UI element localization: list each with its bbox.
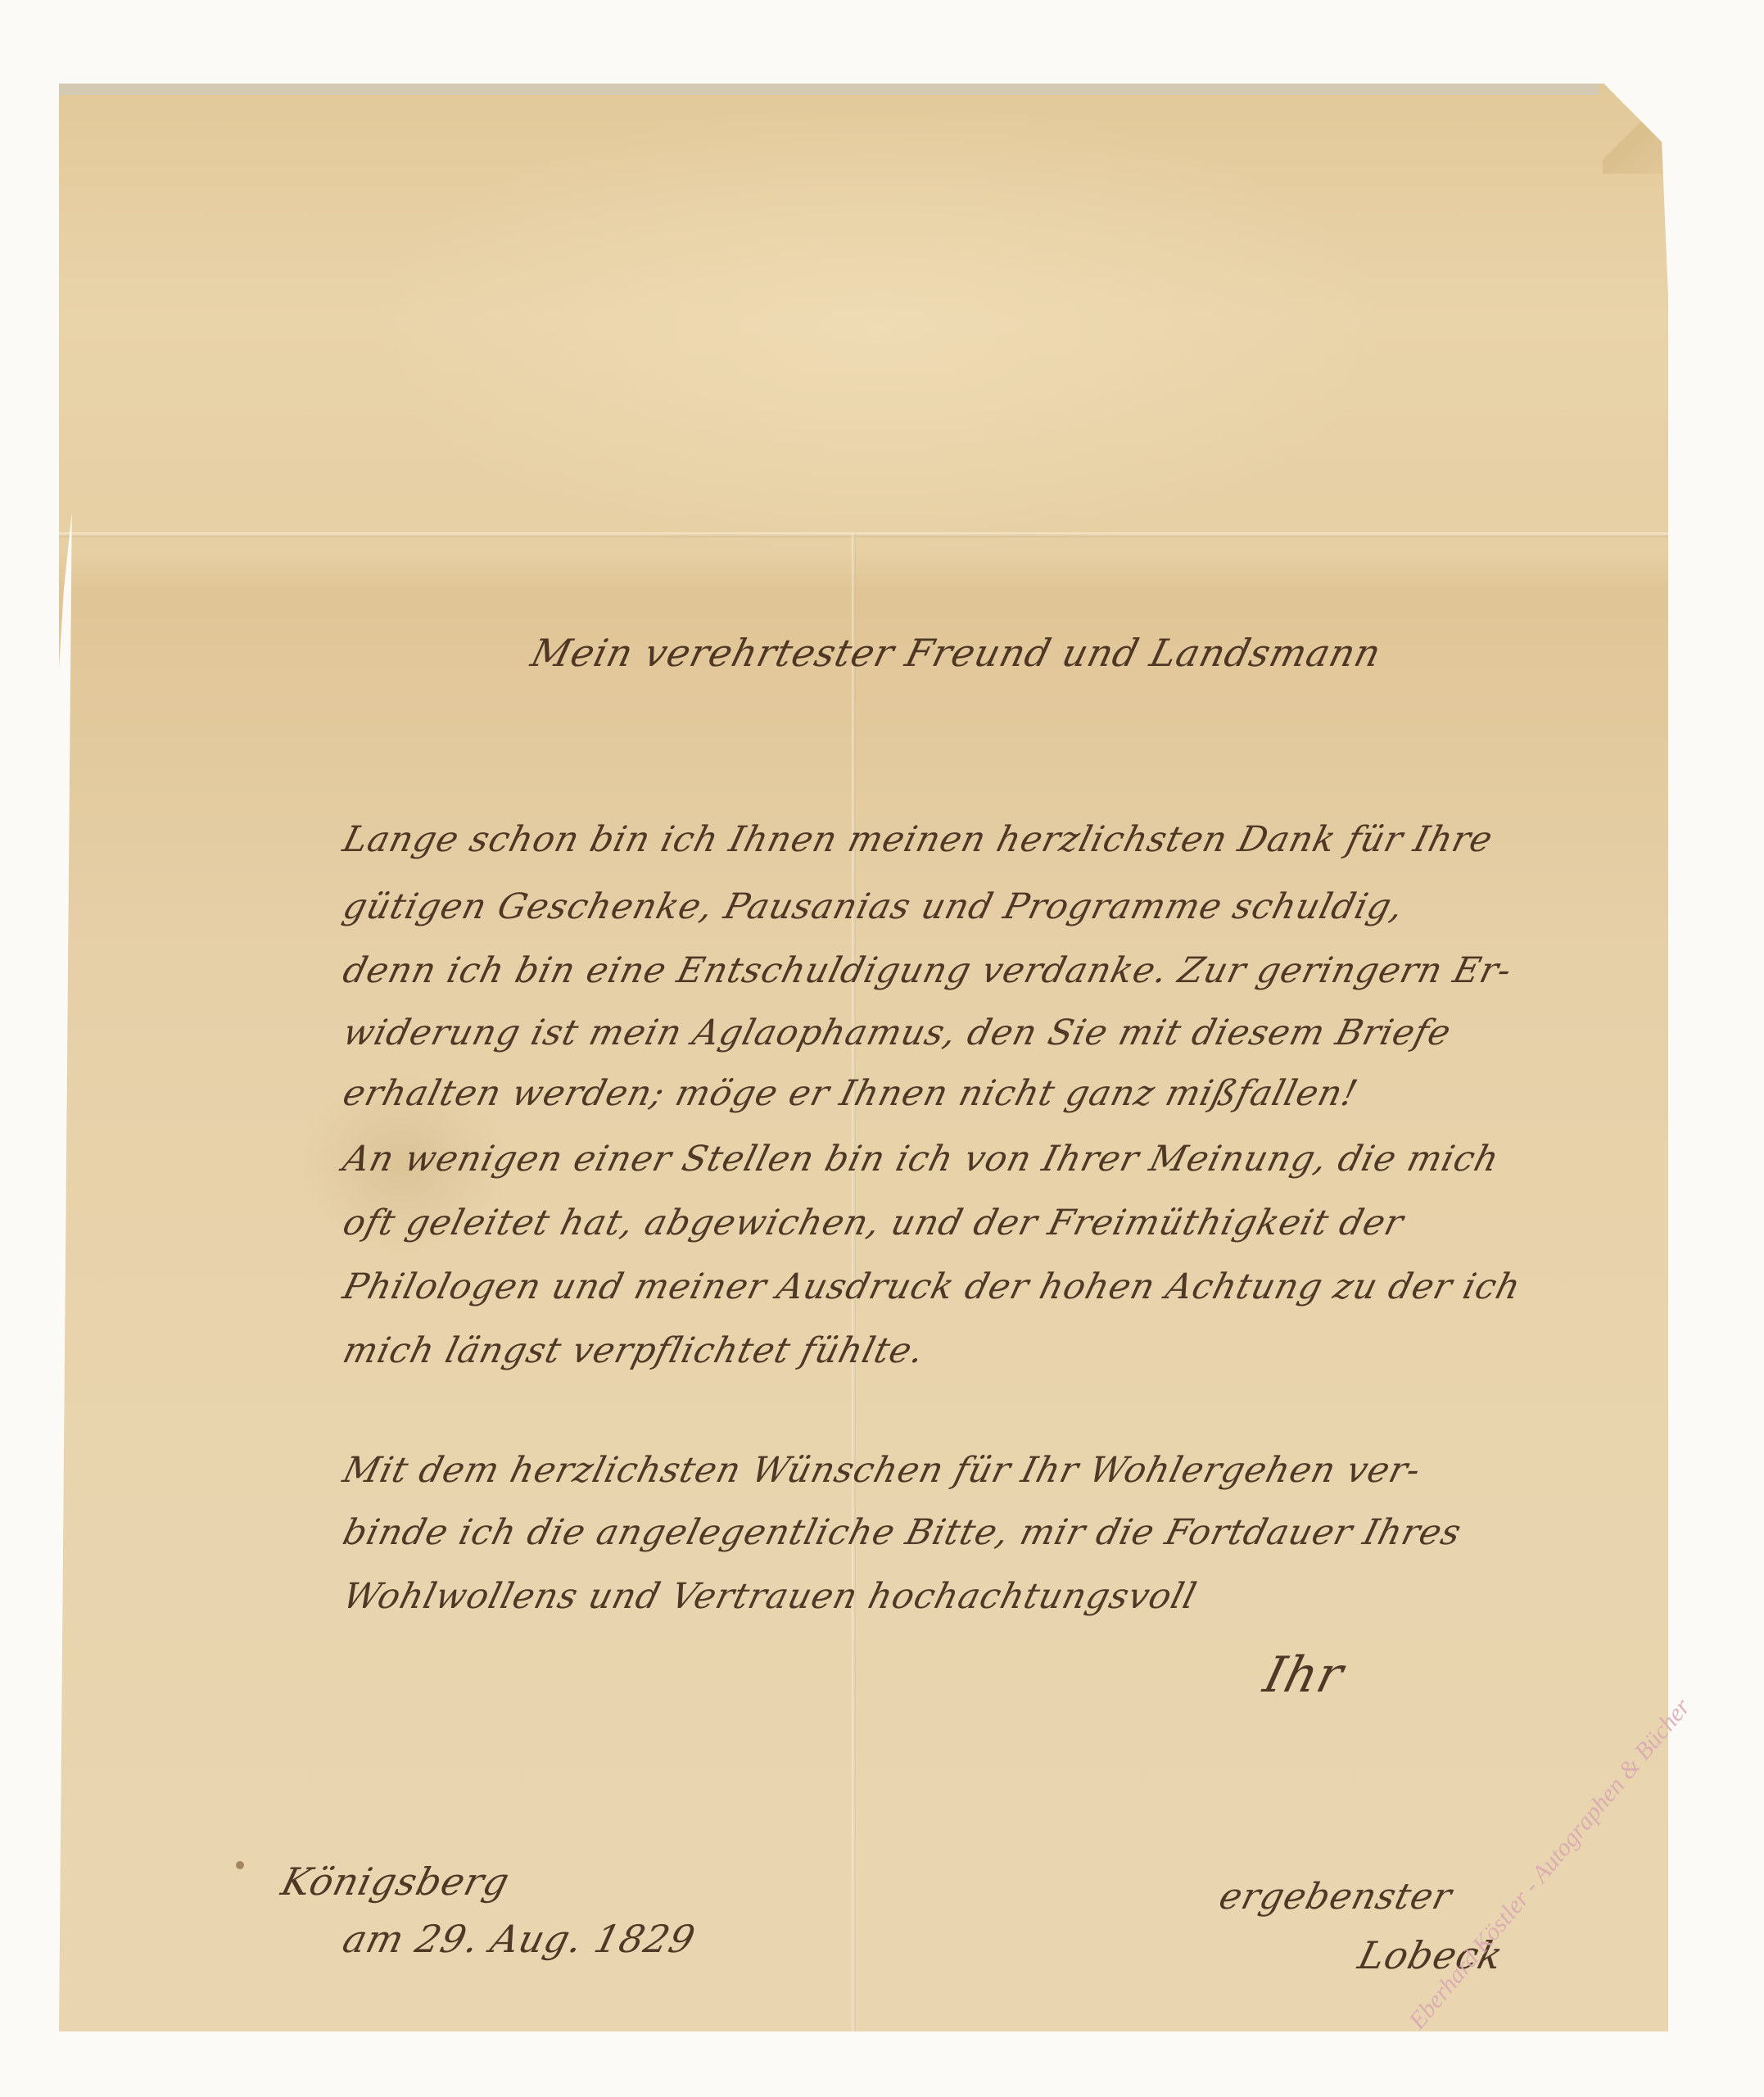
- letter-place: Königsberg: [277, 1859, 514, 1904]
- horizontal-fold-crease: [59, 532, 1668, 537]
- folded-corner: [1603, 84, 1668, 174]
- closing-mark: Ihr: [1258, 1646, 1349, 1704]
- signature-closing: ergebenster: [1215, 1876, 1457, 1918]
- letter-paper: [59, 84, 1668, 2031]
- letter-line: oft geleitet hat, abgewichen, und der Fr…: [339, 1202, 1409, 1243]
- letter-line: Lange schon bin ich Ihnen meinen herzlic…: [339, 819, 1497, 860]
- letter-salutation: Mein verehrtester Freund und Landsmann: [527, 631, 1386, 675]
- letter-line: Philologen und meiner Ausdruck der hohen…: [339, 1266, 1525, 1307]
- letter-line: denn ich bin eine Entschuldigung verdank…: [339, 950, 1517, 991]
- letter-line: mich längst verpflichtet fühlte.: [339, 1330, 929, 1371]
- letter-date: am 29. Aug. 1829: [338, 1917, 700, 1961]
- letter-line: Wohlwollens und Vertrauen hochachtungsvo…: [339, 1576, 1201, 1617]
- letter-line: widerung ist mein Aglaophamus, den Sie m…: [339, 1012, 1455, 1053]
- ink-spot: [236, 1861, 244, 1869]
- letter-line: An wenigen einer Stellen bin ich von Ihr…: [339, 1139, 1504, 1180]
- paper-top-edge: [59, 84, 1599, 95]
- letter-line: Mit dem herzlichsten Wünschen für Ihr Wo…: [339, 1450, 1426, 1491]
- letter-line: binde ich die angelegentliche Bitte, mir…: [339, 1512, 1466, 1553]
- letter-line: gütigen Geschenke, Pausanias und Program…: [339, 886, 1409, 927]
- letter-line: erhalten werden; möge er Ihnen nicht gan…: [339, 1073, 1363, 1114]
